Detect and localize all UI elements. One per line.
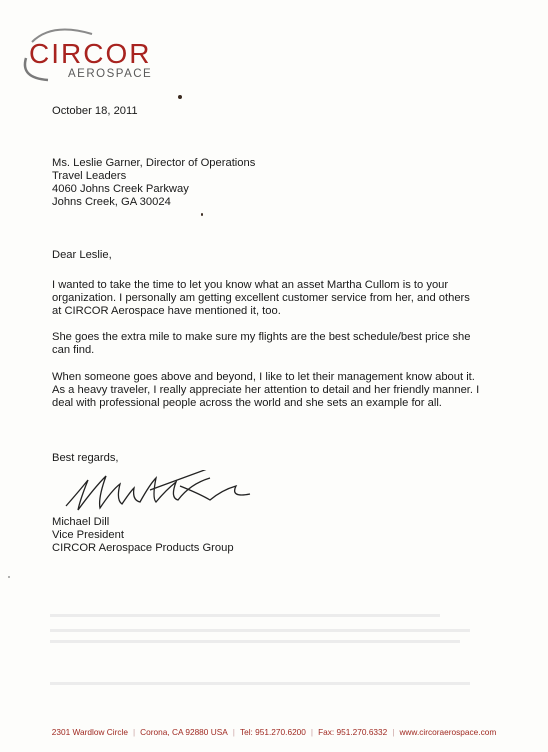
letterhead-footer: 2301 Wardlow Circle|Corona, CA 92880 USA…: [0, 727, 548, 737]
footer-fax: Fax: 951.270.6332: [318, 727, 387, 737]
paragraph-line: As a heavy traveler, I really appreciate…: [52, 384, 532, 397]
bleed-through: [50, 682, 470, 685]
paragraph-line: can find.: [52, 344, 532, 357]
signer-company: CIRCOR Aerospace Products Group: [52, 542, 532, 555]
letter-date: October 18, 2011: [52, 105, 138, 118]
signer-title: Vice President: [52, 529, 532, 542]
logo-subtitle: AEROSPACE: [68, 68, 152, 80]
recipient-street: 4060 Johns Creek Parkway: [52, 183, 532, 196]
paragraph-2: She goes the extra mile to make sure my …: [52, 331, 532, 357]
paragraph-3: When someone goes above and beyond, I li…: [52, 371, 532, 410]
recipient-name: Ms. Leslie Garner, Director of Operation…: [52, 157, 532, 170]
footer-website: www.circoraerospace.com: [399, 727, 496, 737]
footer-address: 2301 Wardlow Circle: [52, 727, 128, 737]
paper-speck: [201, 213, 203, 216]
recipient-address: Ms. Leslie Garner, Director of Operation…: [52, 157, 532, 209]
paragraph-1: I wanted to take the time to let you kno…: [52, 279, 532, 318]
paragraph-line: She goes the extra mile to make sure my …: [52, 331, 532, 344]
salutation: Dear Leslie,: [52, 249, 112, 262]
paragraph-line: deal with professional people across the…: [52, 397, 532, 410]
signer-name: Michael Dill: [52, 516, 532, 529]
logo-wordmark: CIRCOR: [29, 40, 151, 68]
bleed-through: [50, 640, 460, 643]
signature-icon: [60, 470, 280, 520]
paragraph-line: I wanted to take the time to let you kno…: [52, 279, 532, 292]
footer-tel: Tel: 951.270.6200: [240, 727, 306, 737]
bleed-through: [50, 614, 440, 617]
paper-speck: [8, 576, 10, 578]
footer-city: Corona, CA 92880 USA: [140, 727, 228, 737]
paragraph-line: organization. I personally am getting ex…: [52, 292, 532, 305]
signer-block: Michael Dill Vice President CIRCOR Aeros…: [52, 516, 532, 555]
bleed-through: [50, 629, 470, 632]
paragraph-line: When someone goes above and beyond, I li…: [52, 371, 532, 384]
recipient-company: Travel Leaders: [52, 170, 532, 183]
closing: Best regards,: [52, 452, 119, 465]
paper-speck: [178, 95, 182, 99]
company-logo: CIRCOR AEROSPACE: [12, 28, 162, 86]
recipient-city: Johns Creek, GA 30024: [52, 196, 532, 209]
paragraph-line: at CIRCOR Aerospace have mentioned it, t…: [52, 305, 532, 318]
